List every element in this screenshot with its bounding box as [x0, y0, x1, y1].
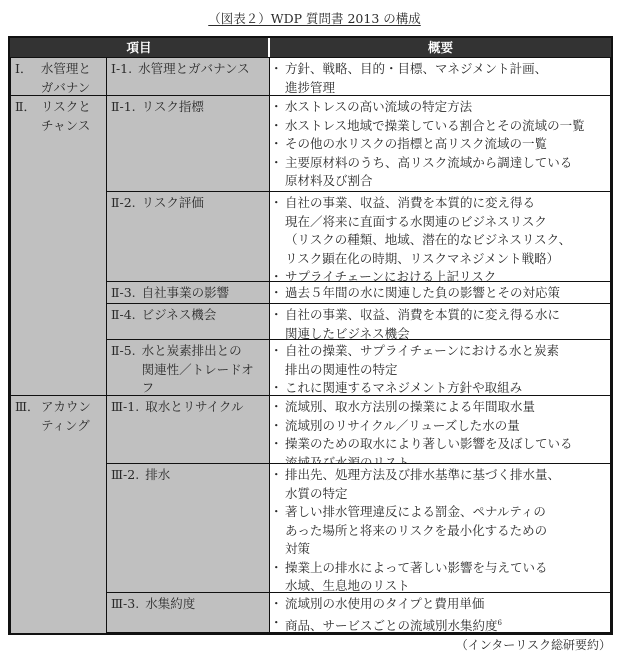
- summary-cell: 自社の操業、サプライチェーンにおける水と炭素 排出の関連性の特定 これに関連する…: [269, 339, 611, 396]
- section-number: Ⅲ．: [15, 398, 41, 435]
- bullet-text: 商品、サービスごとの流域別水集約度: [285, 618, 498, 633]
- section-cell-1: Ⅰ．水管理と ガバナンス: [10, 57, 107, 96]
- summary-bullet: 主要原材料のうち、高リスク流域から調達している 原材料及び割合: [274, 154, 606, 191]
- subitem-number: Ⅱ-1.: [111, 98, 136, 117]
- section-label: アカウン ティング: [41, 398, 91, 435]
- subitem-number: Ⅲ-2.: [111, 466, 139, 485]
- subitem-label: 排水: [145, 466, 170, 485]
- caption-text: （図表２）WDP 質問書 2013 の構成: [208, 11, 421, 26]
- subitem-label: 自社事業の影響: [142, 284, 230, 303]
- section-number: Ⅱ．: [15, 98, 41, 135]
- summary-bullet: その他の水リスクの指標と高リスク流域の一覧: [274, 135, 606, 154]
- summary-bullet: 自社の事業、収益、消費を本質的に変え得る水に 関連したビジネス機会: [274, 306, 606, 343]
- summary-bullet: 排出先、処理方法及び排水基準に基づく排水量、 水質の特定: [274, 466, 606, 503]
- subitem-number: Ⅲ-1.: [111, 398, 139, 417]
- subitem-label: 水管理とガバナンス: [138, 60, 250, 79]
- header-summary: 概要: [270, 38, 611, 57]
- summary-bullet: 水ストレスの高い流域の特定方法: [274, 98, 606, 117]
- subitem-cell: Ⅲ-1.取水とリサイクル: [106, 395, 270, 464]
- figure-caption: （図表２）WDP 質問書 2013 の構成: [0, 11, 629, 27]
- summary-bullet: 流域別、取水方法別の操業による年間取水量: [274, 398, 606, 417]
- summary-cell: 流域別の水使用のタイプと費用単価 商品、サービスごとの流域別水集約度6: [269, 592, 611, 633]
- subitem-label: 水集約度: [145, 595, 195, 614]
- subitem-cell: Ⅱ-3.自社事業の影響: [106, 281, 270, 304]
- summary-bullet: 商品、サービスごとの流域別水集約度6: [274, 614, 606, 636]
- summary-bullet: 自社の事業、収益、消費を本質的に変え得る 現在／将来に直面する水関連のビジネスリ…: [274, 194, 606, 268]
- summary-cell: 排出先、処理方法及び排水基準に基づく排水量、 水質の特定 著しい排水管理違反によ…: [269, 463, 611, 593]
- summary-bullet: 自社の操業、サプライチェーンにおける水と炭素 排出の関連性の特定: [274, 342, 606, 379]
- subitem-label: 水と炭素排出との 関連性／トレードオフ: [142, 342, 265, 398]
- summary-cell: 水ストレスの高い流域の特定方法 水ストレス地域で操業している割合とその流域の一覧…: [269, 95, 611, 192]
- subitem-cell: Ⅰ-1.水管理とガバナンス: [106, 57, 270, 96]
- section-cell-3: Ⅲ．アカウン ティング: [10, 395, 107, 634]
- subitem-number: Ⅱ-3.: [111, 284, 136, 303]
- subitem-label: リスク指標: [142, 98, 204, 117]
- subitem-cell: Ⅲ-2.排水: [106, 463, 270, 593]
- summary-bullet: 操業上の排水によって著しい影響を与えている 水域、生息地のリスト: [274, 559, 606, 596]
- subitem-number: Ⅰ-1.: [111, 60, 132, 79]
- summary-bullet: 流域別のリサイクル／リューズした水の量: [274, 417, 606, 436]
- summary-cell: 自社の事業、収益、消費を本質的に変え得る水に 関連したビジネス機会: [269, 303, 611, 340]
- subitem-cell: Ⅲ-3.水集約度: [106, 592, 270, 633]
- header-item: 項目: [10, 38, 270, 57]
- subitem-number: Ⅱ-4.: [111, 306, 136, 325]
- summary-bullet: 流域別の水使用のタイプと費用単価: [274, 595, 606, 614]
- summary-bullet: 著しい排水管理違反による罰金、ペナルティの あった場所と将来のリスクを最小化する…: [274, 503, 606, 559]
- summary-cell: 自社の事業、収益、消費を本質的に変え得る 現在／将来に直面する水関連のビジネスリ…: [269, 191, 611, 282]
- subitem-cell: Ⅱ-5.水と炭素排出との 関連性／トレードオフ: [106, 339, 270, 396]
- subitem-cell: Ⅱ-4.ビジネス機会: [106, 303, 270, 340]
- subitem-label: 取水とリサイクル: [145, 398, 243, 417]
- summary-cell: 流域別、取水方法別の操業による年間取水量 流域別のリサイクル／リューズした水の量…: [269, 395, 611, 464]
- summary-bullet: 過去５年間の水に関連した負の影響とその対応策: [274, 284, 606, 303]
- subitem-cell: Ⅱ-1.リスク指標: [106, 95, 270, 192]
- footnote-marker: 6: [498, 619, 502, 627]
- summary-cell: 過去５年間の水に関連した負の影響とその対応策: [269, 281, 611, 304]
- subitem-number: Ⅲ-3.: [111, 595, 139, 614]
- section-cell-2: Ⅱ．リスクと チャンス: [10, 95, 107, 396]
- subitem-number: Ⅱ-5.: [111, 342, 136, 398]
- summary-bullet: 水ストレス地域で操業している割合とその流域の一覧: [274, 117, 606, 136]
- subitem-number: Ⅱ-2.: [111, 194, 136, 213]
- subitem-label: リスク評価: [142, 194, 204, 213]
- subitem-cell: Ⅱ-2.リスク評価: [106, 191, 270, 282]
- source-note: （インターリスク総研要約）: [456, 637, 611, 653]
- summary-cell: 方針、戦略、目的・目標、マネジメント計画、 進捗管理: [269, 57, 611, 96]
- wdp-structure-table: 項目 概要 Ⅰ．水管理と ガバナンス Ⅱ．リスクと チャンス Ⅲ．アカウン ティ…: [8, 36, 613, 635]
- summary-bullet: 方針、戦略、目的・目標、マネジメント計画、 進捗管理: [274, 60, 606, 97]
- section-label: リスクと チャンス: [41, 98, 91, 135]
- subitem-label: ビジネス機会: [142, 306, 217, 325]
